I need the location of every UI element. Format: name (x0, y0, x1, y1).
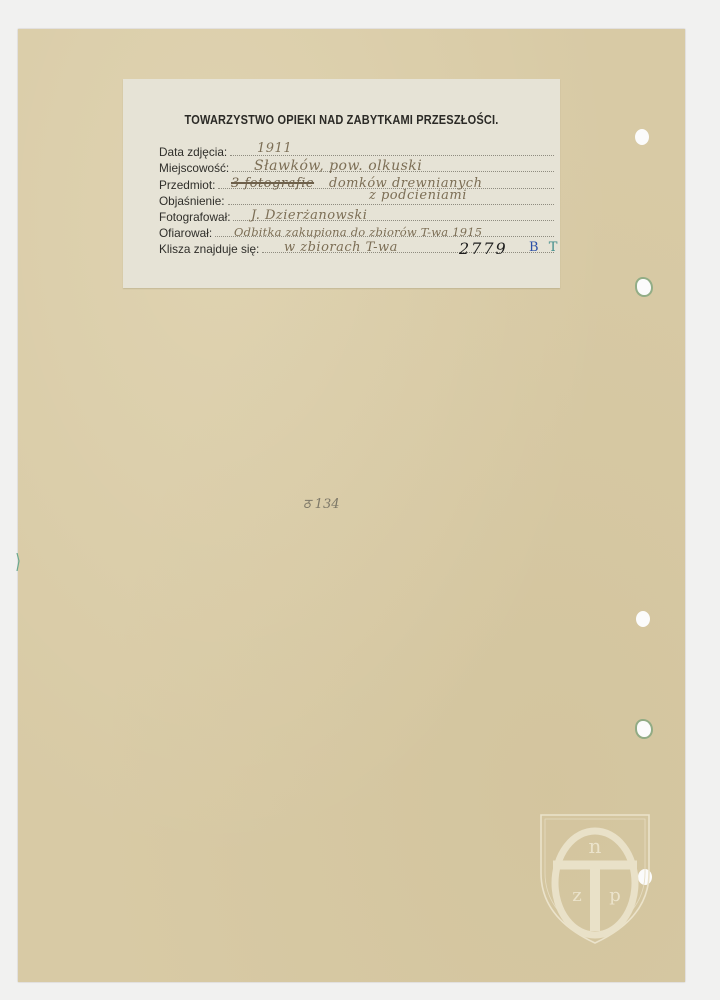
field-photographer: Fotografował: J. Dzierżanowski (159, 208, 554, 224)
punch-hole (635, 129, 649, 145)
field-location: Miejscowość: Sławków, pow. olkuski (159, 159, 554, 175)
field-value: Odbitka zakupiona do zbiorów T-wa 1915 (234, 225, 482, 239)
punch-hole (636, 611, 650, 627)
field-label: Objaśnienie: (159, 194, 225, 208)
pencil-note: ठ 134 (303, 494, 340, 512)
label-fields: Data zdjęcia: 1911 Miejscowość: Sławków,… (159, 143, 554, 256)
field-value: w zbiorach T-wa (284, 240, 398, 255)
field-label: Data zdjęcia: (159, 145, 227, 159)
svg-text:n: n (589, 834, 602, 858)
field-value: J. Dzierżanowski (251, 208, 367, 223)
svg-text:z: z (572, 885, 581, 906)
suffix-b: B (529, 240, 542, 255)
field-label: Fotografował: (159, 210, 230, 224)
field-value: z podcieniami (369, 188, 467, 203)
torn-punch-hole (637, 279, 651, 295)
edge-mark (16, 553, 20, 571)
card-title: TOWARZYSTWO OPIEKI NAD ZABYTKAMI PRZESZŁ… (149, 113, 534, 127)
field-label: Przedmiot: (159, 178, 215, 192)
field-value-struck: 3 fotografie (231, 176, 314, 191)
negative-suffix: B T (529, 240, 560, 255)
dotted-line (228, 203, 554, 205)
field-label: Klisza znajduje się: (159, 242, 259, 256)
field-label: Ofiarował: (159, 226, 212, 240)
suffix-t: T (549, 240, 561, 255)
field-subject: Przedmiot: 3 fotografie domków drewniany… (159, 175, 554, 191)
label-card: TOWARZYSTWO OPIEKI NAD ZABYTKAMI PRZESZŁ… (123, 79, 560, 288)
field-donor: Ofiarował: Odbitka zakupiona do zbiorów … (159, 224, 554, 240)
document-page: TOWARZYSTWO OPIEKI NAD ZABYTKAMI PRZESZŁ… (18, 29, 685, 982)
field-explanation: Objaśnienie: z podcieniami (159, 192, 554, 208)
svg-text:p: p (609, 885, 621, 906)
field-negative: Klisza znajduje się: w zbiorach T-wa 277… (159, 240, 554, 256)
field-value: Sławków, pow. olkuski (254, 158, 422, 174)
torn-punch-hole (637, 721, 651, 737)
field-label: Miejscowość: (159, 161, 229, 175)
negative-number: 2779 (459, 239, 508, 258)
stamp-icon: n z p (535, 803, 655, 948)
field-date: Data zdjęcia: 1911 (159, 143, 554, 159)
field-value: 1911 (257, 141, 292, 156)
